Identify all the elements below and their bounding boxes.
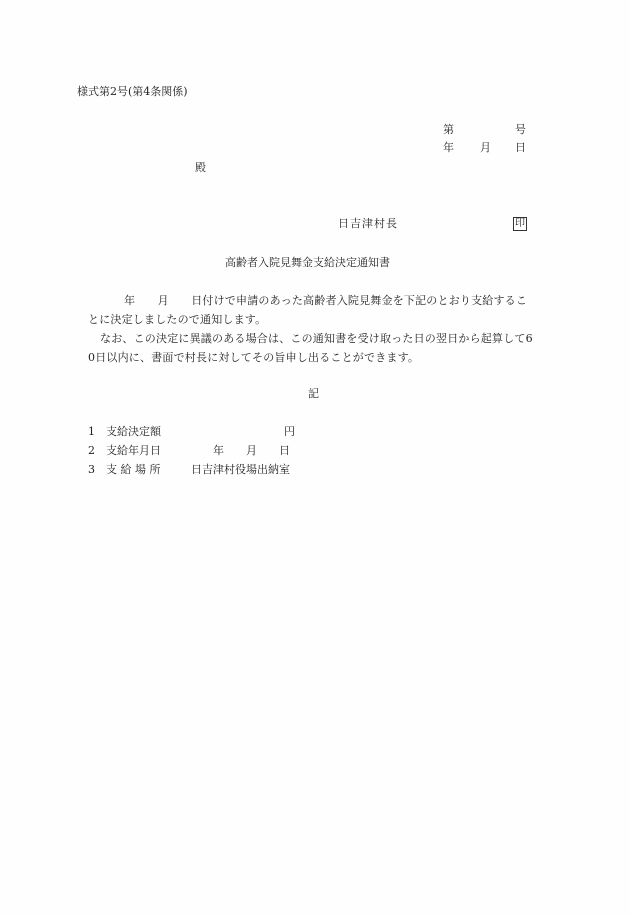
- body-line-1: 年 月 日付けで申請のあった高齢者入院見舞金を下記のとおり支給するこ: [88, 291, 550, 310]
- date-year: 年: [443, 141, 454, 155]
- number-suffix: 号: [515, 123, 526, 137]
- item-num: 2: [88, 444, 95, 458]
- body-line-2: とに決定しましたので通知します。: [88, 310, 550, 329]
- seal-mark: 印: [513, 217, 527, 231]
- item-label: 支給決定額: [106, 425, 161, 439]
- date-month: 月: [480, 141, 491, 155]
- number-prefix: 第: [443, 123, 454, 137]
- item-label: 支 給 場 所: [106, 463, 161, 477]
- addressee-suffix: 殿: [195, 161, 206, 175]
- item-value: 日吉津村役場出納室: [191, 463, 290, 477]
- issuer-name: 日吉津村長: [338, 217, 398, 231]
- document-title: 高齢者入院見舞金支給決定通知書: [225, 256, 390, 270]
- form-label: 様式第2号(第4条関係): [77, 85, 188, 99]
- item-num: 1: [88, 425, 95, 439]
- item-value: 年 月 日: [213, 444, 290, 458]
- body-line-4: 0日以内に、書面で村長に対してその旨申し出ることができます。: [88, 348, 550, 367]
- date-day: 日: [515, 141, 526, 155]
- ki-heading: 記: [308, 387, 319, 401]
- item-value: 円: [284, 425, 295, 439]
- item-num: 3: [88, 463, 95, 477]
- body-paragraph: 年 月 日付けで申請のあった高齢者入院見舞金を下記のとおり支給するこ とに決定し…: [88, 291, 550, 367]
- item-label: 支給年月日: [106, 444, 161, 458]
- body-line-3: なお、この決定に異議のある場合は、この通知書を受け取った日の翌日から起算して6: [88, 329, 550, 348]
